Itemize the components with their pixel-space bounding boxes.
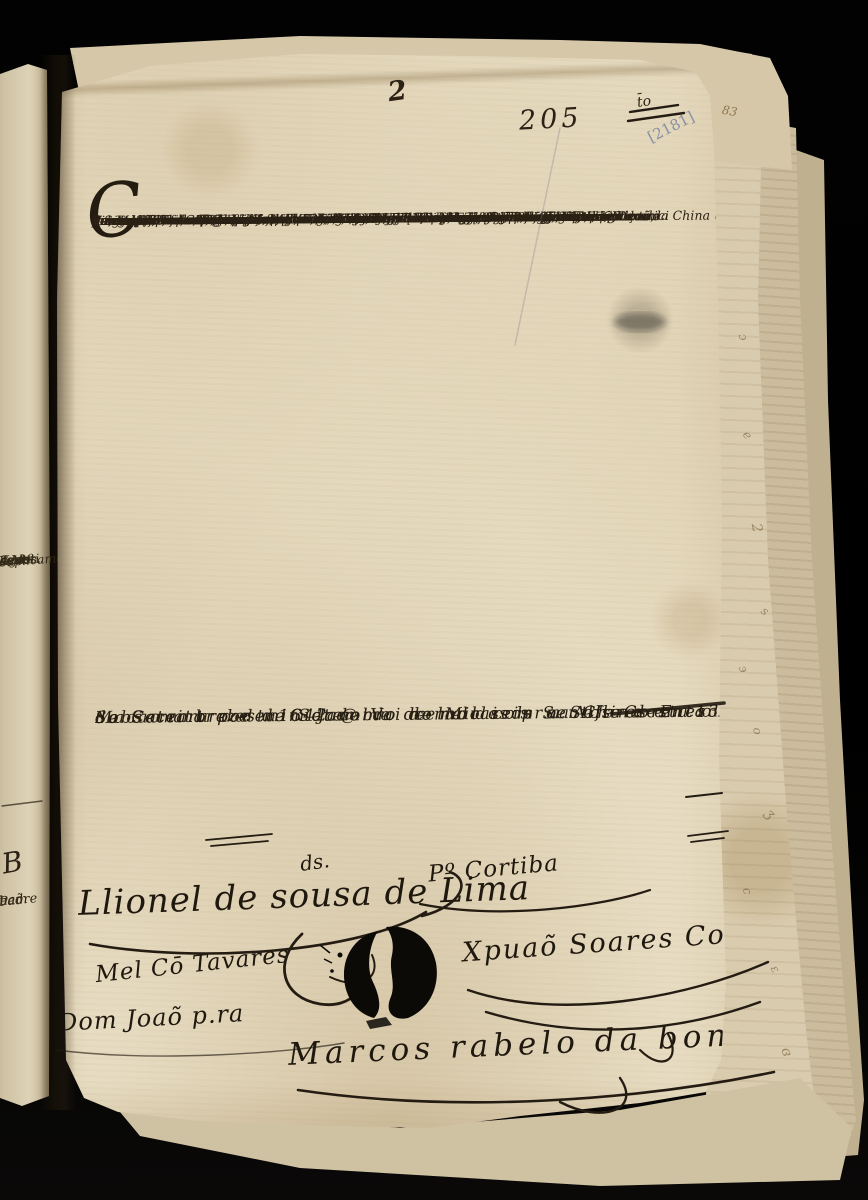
- edge-fragment: ʒ: [761, 806, 778, 823]
- manuscript-scan: ɔe2sэoʒcεɞ suplicamosVere-estaõ, emdeste…: [0, 0, 868, 1200]
- stack-page-number: 83: [721, 103, 738, 119]
- edge-fragment: ε: [768, 963, 783, 976]
- edge-fragment: 2: [748, 522, 765, 534]
- foliation-mark: 2: [386, 75, 409, 108]
- edge-fragment: o: [750, 727, 765, 736]
- manuscript-line: de Setembro de 1642 @ Vai celado com o S…: [95, 693, 753, 736]
- manuscript-line: mente pedida, a passamos, por suas Vias,…: [92, 203, 583, 235]
- edge-fragment: c: [740, 886, 755, 896]
- margin-fragment: uaõ: [0, 892, 25, 924]
- edge-fragment: ɔ: [736, 332, 751, 343]
- margin-fragment: de los.: [0, 551, 42, 583]
- edge-fragment: s: [758, 604, 772, 619]
- edge-fragment: э: [736, 663, 752, 675]
- edge-fragment: e: [740, 428, 756, 442]
- signature-rubric: ds.: [298, 848, 330, 876]
- binding-gutter-shadow: [40, 55, 76, 1110]
- page-number: 205: [518, 102, 583, 136]
- corner-ink-mark: t̄o: [636, 93, 652, 111]
- edge-fragment: ɞ: [777, 1045, 795, 1059]
